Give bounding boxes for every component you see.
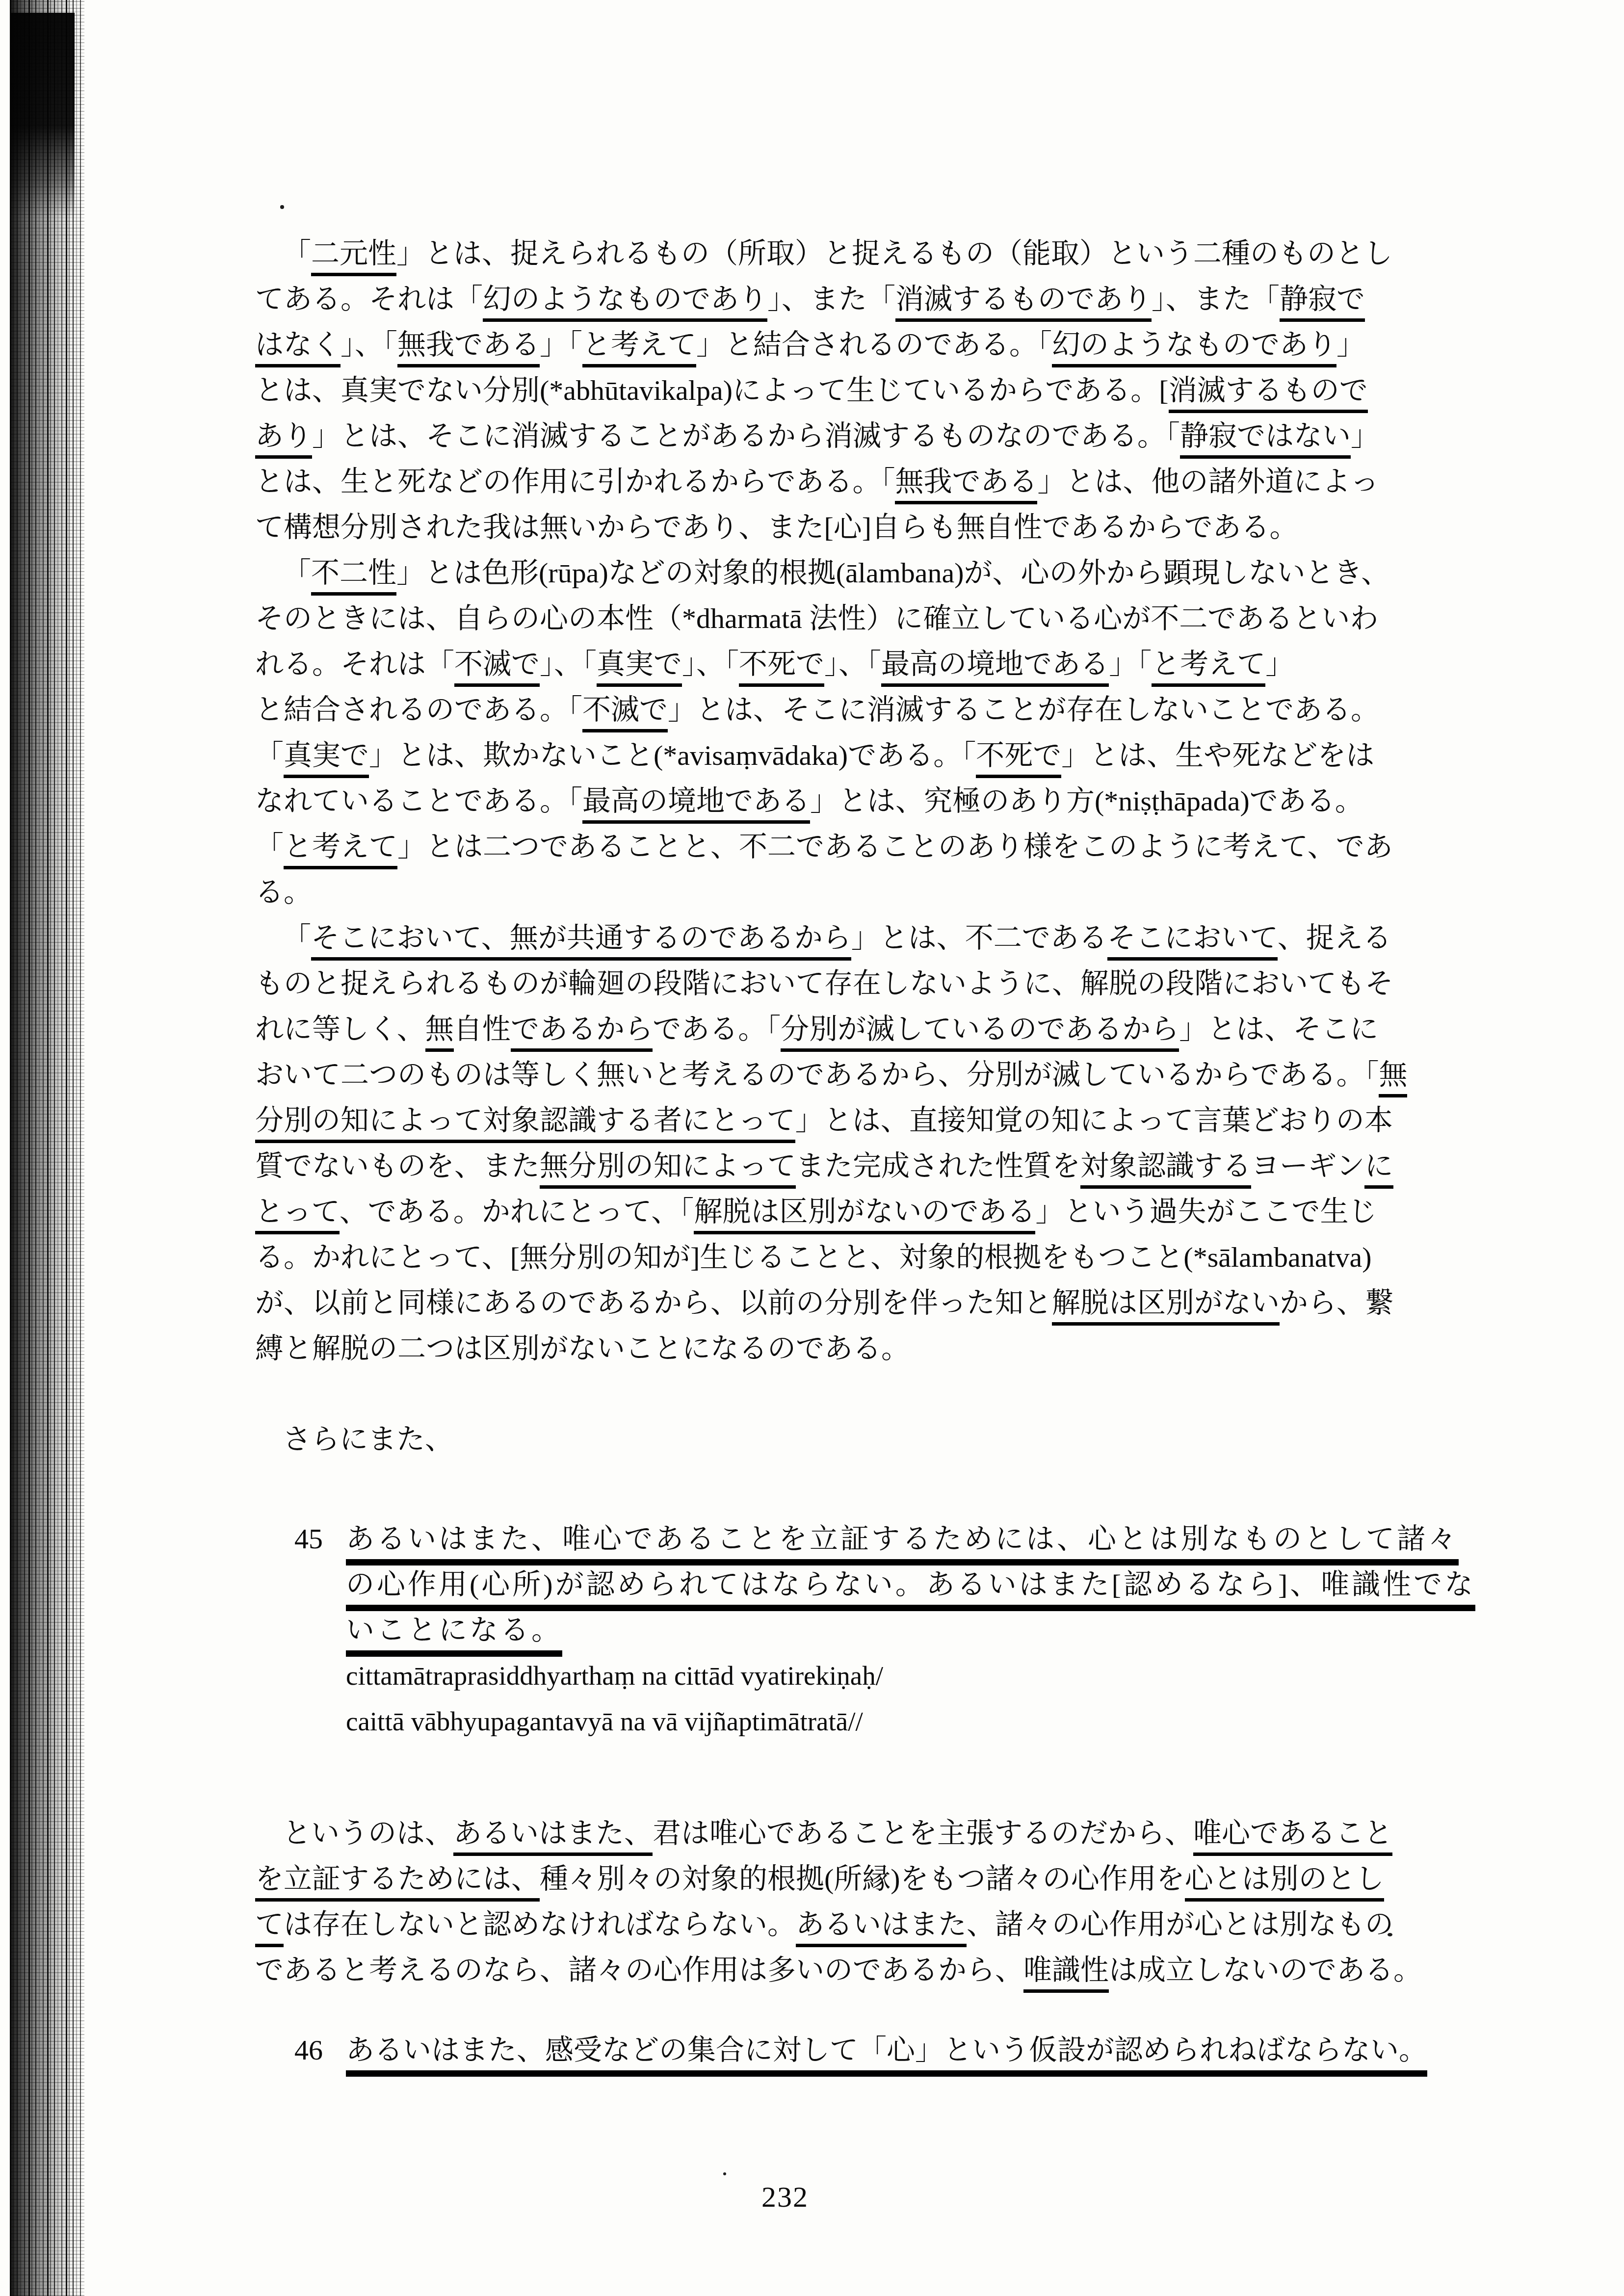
underlined-text: 静寂で — [1280, 283, 1365, 322]
text-line: ては存在しないと認めなければならない。あるいはまた、諸々の心作用が心とは別なもの — [255, 1902, 1511, 1947]
left-binding-scan-artifact — [10, 0, 84, 2296]
text-segment: 」と結合されるのである。「 — [696, 329, 1052, 361]
underlined-text: 唯識性 — [1023, 1954, 1109, 1993]
text-segment: cittamātraprasiddhyarthaṃ na cittād vyat… — [346, 1661, 883, 1691]
text-segment: 」、「 — [540, 648, 597, 680]
scanned-page: 「二元性」とは、捉えられるもの（所取）と捉えるもの（能取）という二種のものとして… — [0, 0, 1624, 2296]
text-segment: 」とは、他の諸外道によっ — [1037, 466, 1379, 497]
text-segment: そのときには、自らの心の本性（*dharmatā 法性）に確立している心が不二で… — [255, 602, 1378, 634]
sanskrit-line: caittā vābhyupagantavyā na vā vijñaptimā… — [255, 1698, 1511, 1744]
text-segment: れに等しく、 — [255, 1013, 425, 1045]
underlined-text: 不死で — [739, 648, 824, 687]
text-segment: というのは、 — [283, 1817, 453, 1849]
text-segment: 」とは、そこに消滅することが存在しないことである。 — [668, 694, 1379, 726]
underlined-text: あるいはまた、唯心であることを立証するためには、心とは別なものとして諸々 — [346, 1523, 1459, 1565]
verse-number: 46 — [294, 2027, 323, 2073]
text-segment: 」、「 — [824, 648, 881, 680]
text-line: る。かれにとって、[無分別の知が]生じることと、対象的根拠をもつこと(*sāla… — [255, 1234, 1511, 1280]
text-line: を立証するためには、種々別々の対象的根拠(所縁)をもつ諸々の心作用を心とは別のと… — [255, 1856, 1511, 1902]
text-segment: 」とは、直接知覚の知によって言葉どおりの本 — [795, 1104, 1393, 1136]
text-segment: 」とは、そこに — [1179, 1013, 1378, 1045]
text-segment: 、捉える — [1278, 922, 1391, 954]
text-line: さらにまた、 — [255, 1416, 1511, 1462]
text-segment: 、である。かれにとって、「 — [340, 1196, 694, 1227]
text-segment: 」 — [1351, 420, 1379, 452]
text-line: とって、である。かれにとって、「解脱は区別がないのである」という過失がここで生じ — [255, 1189, 1511, 1234]
text-line: 「真実で」とは、欺かないこと(*avisaṃvādaka)である。「不死で」とは… — [255, 732, 1511, 778]
paragraph-explanation: というのは、あるいはまた、君は唯心であることを主張するのだから、唯心であることを… — [255, 1810, 1511, 1993]
text-line: の心作用(心所)が認められてはならない。あるいはまた[認めるなら]、唯識性でな — [255, 1562, 1511, 1607]
text-segment: 「 — [255, 831, 284, 862]
text-line: あり」とは、そこに消滅することがあるから消滅するものなのである。「静寂ではない」 — [255, 413, 1511, 459]
text-segment: る。かれにとって、[無分別の知が]生じることと、対象的根拠をもつこと(*sāla… — [255, 1241, 1372, 1273]
page-number: 232 — [761, 2174, 809, 2220]
text-line: てある。それは「幻のようなものであり」、また「消滅するものであり」、また「静寂で — [255, 276, 1511, 322]
text-segment: 」とは、究極のあり方(*niṣṭhāpada)である。 — [810, 785, 1363, 817]
paragraph-nonduality: 「不二性」とは色形(rūpa)などの対象的根拠(ālambana)が、心の外から… — [255, 550, 1511, 915]
underlined-text: そこにおいて — [1107, 922, 1278, 961]
text-segment: る。 — [255, 876, 312, 908]
text-segment: 」とは色形(rūpa)などの対象的根拠(ālambana)が、心の外から顕現しな… — [396, 557, 1389, 589]
verse-45: 45あるいはまた、唯心であることを立証するためには、心とは別なものとして諸々の心… — [255, 1516, 1511, 1744]
text-line: であると考えるのなら、諸々の心作用は多いのであるから、唯識性は成立しないのである… — [255, 1947, 1511, 1993]
text-line: 「二元性」とは、捉えられるもの（所取）と捉えるもの（能取）という二種のものとし — [255, 231, 1511, 276]
underlined-text: 無 — [1379, 1059, 1407, 1097]
text-line: とは、真実でない分別(*abhūtavikalpa)によって生じているからである… — [255, 367, 1511, 413]
text-line: 46あるいはまた、感受などの集合に対して「心」という仮設が認められねばならない。 — [255, 2027, 1511, 2073]
text-line: なれていることである。「最高の境地である」とは、究極のあり方(*niṣṭhāpa… — [255, 778, 1511, 824]
text-segment: である。「 — [653, 1013, 781, 1045]
text-line: というのは、あるいはまた、君は唯心であることを主張するのだから、唯心であること — [255, 1810, 1511, 1856]
text-line: れる。それは「不滅で」、「真実で」、「不死で」、「最高の境地である」「と考えて」 — [255, 641, 1511, 687]
text-line: そのときには、自らの心の本性（*dharmatā 法性）に確立している心が不二で… — [255, 596, 1511, 641]
underlined-text: 真実で — [284, 739, 369, 778]
underlined-text: 不死で — [976, 739, 1061, 778]
text-segment: 種々別々の対象的根拠(所縁)をもつ諸々の心作用を — [540, 1863, 1185, 1895]
text-line: る。 — [255, 869, 1511, 915]
text-segment: 質でないものを、また — [255, 1150, 540, 1182]
text-segment: ヨーギン — [1251, 1150, 1364, 1182]
text-segment: 君は唯心であることを主張するのだから、 — [653, 1817, 1193, 1849]
text-segment: であると考えるのなら、諸々の心作用は多いのであるから、 — [255, 1954, 1023, 1986]
text-segment: 」「 — [1109, 648, 1152, 680]
underlined-text: あり — [255, 420, 312, 459]
text-segment: は存在しないと認めなければならない。 — [284, 1908, 796, 1940]
underlined-text: と考えて — [1152, 648, 1265, 687]
underlined-text: あるいはまた、 — [453, 1817, 653, 1856]
text-segment: おいて二つのものは等しく無いと考えるのであるから、分別が滅しているからである。「 — [255, 1059, 1379, 1091]
text-segment: とは、真実でない分別(*abhūtavikalpa)によって生じているからである… — [255, 374, 1169, 406]
text-segment: ものと捉えられるものが輪廻の段階において存在しないように、解脱の段階においてもそ — [255, 967, 1393, 999]
paragraph-furthermore: さらにまた、 — [255, 1416, 1511, 1462]
underlined-text: 幻のようなものであり — [1052, 329, 1336, 367]
text-line: が、以前と同様にあるのであるから、以前の分別を伴った知と解脱は区別がないから、繋 — [255, 1280, 1511, 1326]
text-segment: とは、生と死などの作用に引かれるからである。「 — [255, 466, 895, 497]
underlined-text: 解脱は区別がないのである — [694, 1196, 1035, 1234]
underlined-text: に — [1364, 1150, 1393, 1189]
text-line: 「そこにおいて、無が共通するのであるから」とは、不二であるそこにおいて、捉える — [255, 915, 1511, 961]
underlined-text: 解脱は区別がない — [1052, 1287, 1280, 1326]
text-segment: 」、「 — [341, 329, 397, 361]
text-segment: と結合されるのである。「 — [255, 694, 582, 726]
underlined-text: とって — [255, 1196, 340, 1234]
text-line: とは、生と死などの作用に引かれるからである。「無我である」とは、他の諸外道によっ — [255, 459, 1511, 504]
underlined-text: 無 — [425, 1013, 454, 1052]
text-segment: 」とは、欺かないこと(*avisaṃvādaka)である。「 — [369, 739, 976, 771]
text-segment: 」という過失がここで生じ — [1035, 1196, 1377, 1227]
underlined-text: あるいはまた、感受などの集合に対して「心」という仮設が認められねばならない。 — [346, 2034, 1427, 2077]
underlined-text: 無我である — [397, 329, 540, 367]
underlined-text: 最高の境地である — [881, 648, 1109, 687]
text-line: と結合されるのである。「不滅で」とは、そこに消滅することが存在しないことである。 — [255, 687, 1511, 732]
text-line: 分別の知によって対象認識する者にとって」とは、直接知覚の知によって言葉どおりの本 — [255, 1097, 1511, 1143]
text-segment: から、繋 — [1280, 1287, 1393, 1319]
underlined-text: 無我である — [895, 466, 1037, 504]
underlined-text: 不滅で — [454, 648, 540, 687]
text-segment: 「 — [255, 739, 284, 771]
text-segment: れる。それは「 — [255, 648, 454, 680]
text-line: 「と考えて」とは二つであることと、不二であることのあり様をこのように考えて、であ — [255, 824, 1511, 869]
text-segment: は成立しないのである。 — [1109, 1954, 1422, 1986]
underlined-text: て — [255, 1908, 284, 1947]
underlined-text: 幻のようなものであり — [483, 283, 767, 322]
underlined-text: 真実で — [597, 648, 682, 687]
text-segment: 」 — [1336, 329, 1365, 361]
underlined-text: 静寂ではない — [1180, 420, 1351, 459]
left-binding-dark-blob — [11, 13, 75, 219]
underlined-text: 消滅するもので — [1169, 374, 1368, 413]
text-line: 「不二性」とは色形(rūpa)などの対象的根拠(ālambana)が、心の外から… — [255, 550, 1511, 596]
verse-46: 46あるいはまた、感受などの集合に対して「心」という仮設が認められねばならない。 — [255, 2027, 1511, 2073]
text-segment: 」とは、捉えられるもの（所取）と捉えるもの（能取）という二種のものとし — [396, 237, 1392, 269]
text-segment: 」とは、そこに消滅することがあるから消滅するものなのである。「 — [312, 420, 1180, 452]
underlined-text: あるいはまた — [796, 1908, 967, 1947]
text-segment: てある。それは「 — [255, 283, 483, 315]
text-line: ものと捉えられるものが輪廻の段階において存在しないように、解脱の段階においてもそ — [255, 961, 1511, 1006]
text-line: はなく」、「無我である」「と考えて」と結合されるのである。「幻のようなものであり… — [255, 322, 1511, 367]
underlined-text: と考えて — [284, 831, 397, 869]
text-segment: caittā vābhyupagantavyā na vā vijñaptimā… — [346, 1706, 863, 1736]
underlined-text: 無分別の知によって — [540, 1150, 796, 1189]
text-segment: 」、また「 — [1152, 283, 1280, 315]
underlined-text: 不滅で — [582, 694, 668, 732]
text-segment: また完成された性質を — [796, 1150, 1080, 1182]
text-segment: なれていることである。「 — [255, 785, 582, 817]
underlined-text: 心とは別のとし — [1185, 1863, 1384, 1902]
text-segment: が、以前と同様にあるのであるから、以前の分別を伴った知と — [255, 1287, 1052, 1319]
text-segment: 自性 — [454, 1013, 511, 1045]
underlined-text: 不二性 — [311, 557, 396, 596]
text-segment: 縛と解脱の二つは区別がないことになるのである。 — [255, 1332, 910, 1364]
text-segment: 「 — [283, 237, 311, 269]
underlined-text: 唯心であること — [1193, 1817, 1392, 1856]
paragraph-duality: 「二元性」とは、捉えられるもの（所取）と捉えるもの（能取）という二種のものとして… — [255, 231, 1511, 550]
verse-number: 45 — [294, 1516, 323, 1562]
text-line: 45あるいはまた、唯心であることを立証するためには、心とは別なものとして諸々 — [255, 1516, 1511, 1562]
scan-speck — [723, 2172, 726, 2175]
text-segment: 「 — [283, 922, 311, 954]
text-line: おいて二つのものは等しく無いと考えるのであるから、分別が滅しているからである。「… — [255, 1052, 1511, 1097]
text-segment: 」とは、不二である — [851, 922, 1107, 954]
text-segment: 、諸々の心作用が心とは別なもの — [967, 1908, 1393, 1940]
paragraph-commonality: 「そこにおいて、無が共通するのであるから」とは、不二であるそこにおいて、捉えるも… — [255, 915, 1511, 1371]
text-block: 「二元性」とは、捉えられるもの（所取）と捉えるもの（能取）という二種のものとして… — [255, 231, 1511, 2073]
underlined-text: 消滅するものであり — [895, 283, 1152, 322]
text-segment: 」「 — [540, 329, 582, 361]
text-line: いことになる。 — [255, 1607, 1511, 1653]
text-segment: 」、また「 — [767, 283, 895, 315]
text-segment: 」 — [1265, 648, 1294, 680]
text-line: れに等しく、無自性であるからである。「分別が滅しているのであるから」とは、そこに — [255, 1006, 1511, 1052]
text-segment: さらにまた、 — [283, 1423, 453, 1455]
underlined-text: 対象認識する — [1080, 1150, 1251, 1189]
sanskrit-line: cittamātraprasiddhyarthaṃ na cittād vyat… — [255, 1653, 1511, 1698]
text-segment: 」、「 — [682, 648, 739, 680]
text-line: て構想分別された我は無いからであり、また[心]自らも無自性であるからである。 — [255, 504, 1511, 550]
scan-speck — [280, 205, 284, 209]
underlined-text: はなく — [255, 329, 341, 367]
text-line: 縛と解脱の二つは区別がないことになるのである。 — [255, 1326, 1511, 1371]
text-segment: 」とは、生や死などをは — [1061, 739, 1374, 771]
underlined-text: の心作用(心所)が認められてはならない。あるいはまた[認めるなら]、唯識性でな — [346, 1568, 1475, 1611]
underlined-text: 最高の境地である — [582, 785, 810, 824]
underlined-text: であるから — [511, 1013, 653, 1052]
underlined-text: 分別が滅しているのであるから — [781, 1013, 1179, 1052]
underlined-text: 分別の知によって対象認識する者にとって — [255, 1104, 795, 1143]
text-segment: て構想分別された我は無いからであり、また[心]自らも無自性であるからである。 — [255, 511, 1298, 543]
underlined-text: を立証するためには、 — [255, 1863, 540, 1902]
text-line: 質でないものを、また無分別の知によってまた完成された性質を対象認識するヨーギンに — [255, 1143, 1511, 1189]
underlined-text: と考えて — [582, 329, 696, 367]
text-segment: 「 — [283, 557, 311, 589]
underlined-text: そこにおいて、無が共通するのであるから — [311, 922, 851, 961]
text-segment: 」とは二つであることと、不二であることのあり様をこのように考えて、であ — [397, 831, 1393, 862]
underlined-text: 二元性 — [311, 237, 396, 276]
underlined-text: いことになる。 — [346, 1614, 562, 1657]
